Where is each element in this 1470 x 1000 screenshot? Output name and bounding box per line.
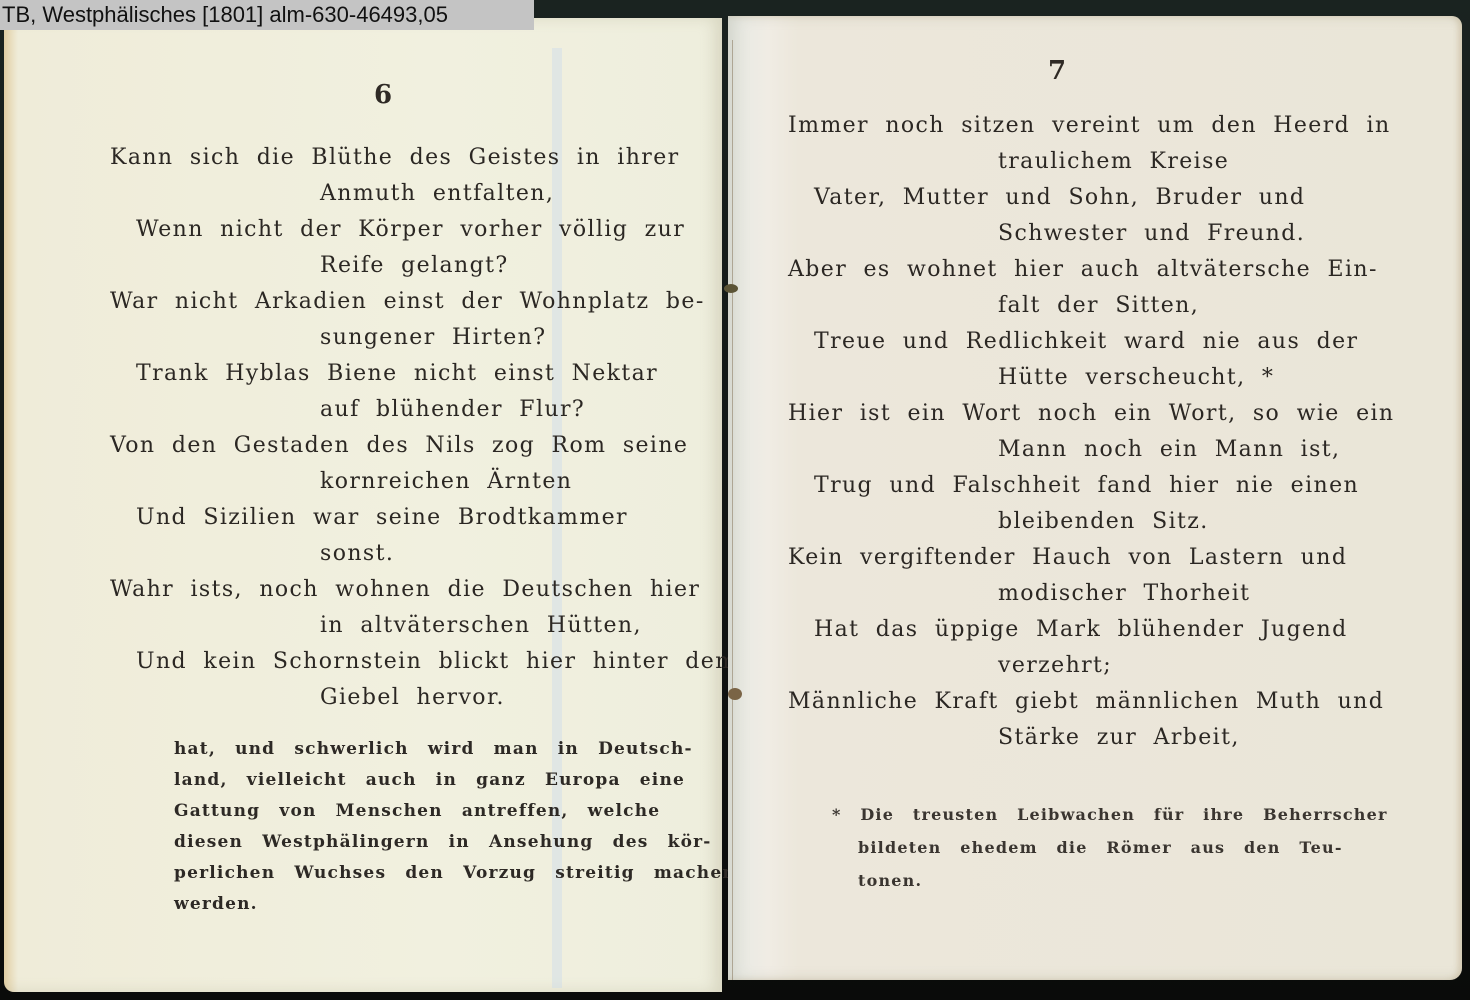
verse-line: Hat das üppige Mark blühender Jugend — [788, 612, 1395, 648]
verse-line-continued: Giebel hervor. — [110, 680, 737, 716]
footnote-line: Gattung von Menschen antreffen, welche — [174, 796, 736, 827]
book-scan: TB, Westphälisches [1801] alm-630-46493,… — [0, 0, 1470, 1000]
right-page: 7 Immer noch sitzen vereint um den Heerd… — [728, 16, 1462, 980]
footnote-line: diesen Westphälingern in Ansehung des kö… — [174, 827, 736, 858]
footnote-marker: * — [832, 805, 842, 824]
footnote-line: bildeten ehedem die Römer aus den Teu- — [832, 831, 1388, 864]
footnote-line: perlichen Wuchses den Vorzug streitig ma… — [174, 858, 736, 889]
verse-line: Aber es wohnet hier auch altvätersche Ei… — [788, 252, 1395, 288]
verse-line: Trug und Falschheit fand hier nie einen — [788, 468, 1395, 504]
left-page: 6 Kann sich die Blüthe des Geistes in ih… — [4, 18, 722, 992]
verse-line-continued: bleibenden Sitz. — [788, 504, 1395, 540]
verse-line-continued: falt der Sitten, — [788, 288, 1395, 324]
paper-stain — [728, 688, 742, 700]
verse-line-continued: auf blühender Flur? — [110, 392, 737, 428]
footnote-line: land, vielleicht auch in ganz Europa ein… — [174, 765, 736, 796]
verse-line-continued: Schwester und Freund. — [788, 216, 1395, 252]
verse-line: Trank Hyblas Biene nicht einst Nektar — [110, 356, 737, 392]
verse-line-continued: in altväterschen Hütten, — [110, 608, 737, 644]
verse-line: Wenn nicht der Körper vorher völlig zur — [110, 212, 737, 248]
verse-line-continued: sonst. — [110, 536, 737, 572]
footnote-left: hat, und schwerlich wird man in Deutsch-… — [174, 734, 736, 920]
verse-line: Wahr ists, noch wohnen die Deutschen hie… — [110, 572, 737, 608]
verse-line-continued: modischer Thorheit — [788, 576, 1395, 612]
verse-line-continued: verzehrt; — [788, 648, 1395, 684]
verse-line: Von den Gestaden des Nils zog Rom seine — [110, 428, 737, 464]
verse-line: Kein vergiftender Hauch von Lastern und — [788, 540, 1395, 576]
footnote-line: werden. — [174, 889, 736, 920]
footnote-line: hat, und schwerlich wird man in Deutsch- — [174, 734, 736, 765]
verse-line-continued: Hütte verscheucht, * — [788, 360, 1395, 396]
verse-line: Treue und Redlichkeit ward nie aus der — [788, 324, 1395, 360]
paper-stain — [724, 284, 738, 293]
verse-line-continued: Mann noch ein Mann ist, — [788, 432, 1395, 468]
verse-line-continued: kornreichen Ärnten — [110, 464, 737, 500]
footnote-line: tonen. — [832, 864, 1388, 897]
verse-line-continued: traulichem Kreise — [788, 144, 1395, 180]
verse-line-continued: sungener Hirten? — [110, 320, 737, 356]
verse-block-left: Kann sich die Blüthe des Geistes in ihre… — [110, 140, 737, 716]
verse-line-continued: Anmuth entfalten, — [110, 176, 737, 212]
verse-line: Kann sich die Blüthe des Geistes in ihre… — [110, 140, 737, 176]
verse-line: Und Sizilien war seine Brodtkammer — [110, 500, 737, 536]
verse-line-continued: Reife gelangt? — [110, 248, 737, 284]
verse-line: War nicht Arkadien einst der Wohnplatz b… — [110, 284, 737, 320]
verse-line: Und kein Schornstein blickt hier hinter … — [110, 644, 737, 680]
footnote-right: * Die treusten Leibwachen für ihre Beher… — [832, 798, 1388, 897]
verse-block-right: Immer noch sitzen vereint um den Heerd i… — [788, 108, 1395, 756]
image-caption: TB, Westphälisches [1801] alm-630-46493,… — [0, 0, 534, 30]
verse-line: Hier ist ein Wort noch ein Wort, so wie … — [788, 396, 1395, 432]
verse-line: Männliche Kraft giebt männlichen Muth un… — [788, 684, 1395, 720]
page-number-left: 6 — [374, 80, 392, 110]
book-gutter — [732, 40, 733, 980]
verse-line: Immer noch sitzen vereint um den Heerd i… — [788, 108, 1395, 144]
page-number-right: 7 — [1048, 56, 1066, 86]
verse-line: Vater, Mutter und Sohn, Bruder und — [788, 180, 1395, 216]
footnote-line: * Die treusten Leibwachen für ihre Beher… — [832, 798, 1388, 831]
verse-line-continued: Stärke zur Arbeit, — [788, 720, 1395, 756]
